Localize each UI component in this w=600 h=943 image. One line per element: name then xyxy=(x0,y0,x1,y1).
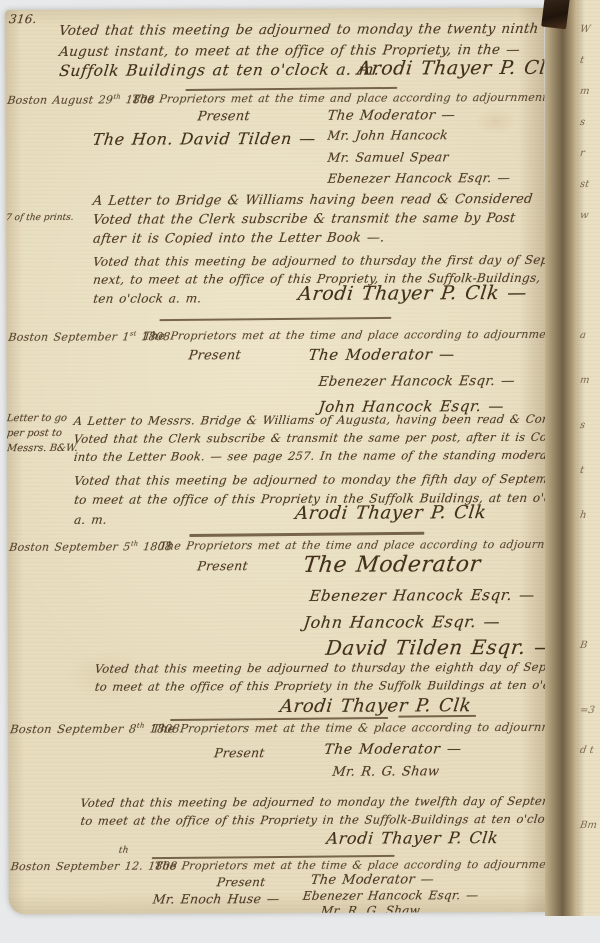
facing-page-fragment: W xyxy=(579,24,591,35)
separator-rule xyxy=(189,532,424,537)
facing-page-fragment: r xyxy=(579,148,585,159)
manuscript-line: Voted that this meeting be adjourned to … xyxy=(92,253,548,269)
clerk-signature: Arodi Thayer P. Clk xyxy=(279,695,473,717)
margin-note: 7 of the prints. xyxy=(5,213,74,223)
facing-page-fragment: s xyxy=(579,420,586,431)
facing-page-fragment: B xyxy=(579,640,588,651)
paper-stain xyxy=(475,108,515,134)
facing-page-fragment: m xyxy=(579,375,590,386)
present-label: Present xyxy=(197,558,249,573)
manuscript-line: Suffolk Buildings at ten o'clock a. m. xyxy=(58,61,381,80)
facing-page-edge: W t m s r st w a m s t h B =3 d t Bm xyxy=(577,0,600,916)
attendee-moderator: The Moderator — xyxy=(327,107,457,124)
manuscript-page: 316. Voted that this meeting be adjourne… xyxy=(5,8,548,914)
entry-opening: The Proprietors met at the time and plac… xyxy=(159,538,548,553)
attendee-moderator: The Moderator — xyxy=(310,872,435,888)
dateline-ordinal: th xyxy=(118,846,129,856)
present-label: Present xyxy=(188,348,242,363)
margin-note: per post to xyxy=(6,428,62,439)
attendee-name: Mr. R. G. Shaw xyxy=(331,764,440,779)
manuscript-line: to meet at the office of this Propriety … xyxy=(80,812,548,828)
manuscript-line: Voted that this meeting be adjourned to … xyxy=(73,472,548,488)
attendee-name: David Tilden Esqr. — xyxy=(324,635,548,660)
attendee-moderator: The Moderator — xyxy=(307,345,455,364)
scanned-manuscript-screenshot: { "document": { "page_number": "316.", "… xyxy=(0,0,600,943)
attendee-moderator: The Moderator xyxy=(302,552,482,578)
entry-dateline: Boston September 5th 1808 xyxy=(9,539,174,553)
manuscript-line: A Letter to Bridge & Williams having bee… xyxy=(92,192,533,209)
manuscript-line: Voted that this meeting be adjourned to … xyxy=(80,794,548,810)
entry-opening: The Proprietors met at the time and plac… xyxy=(143,328,548,343)
attendee-name: The Hon. David Tilden — xyxy=(91,129,317,149)
separator-rule xyxy=(159,317,391,321)
facing-page-fragment: t xyxy=(579,465,585,476)
attendee-name: Ebenezer Hancock Esqr. — xyxy=(302,888,479,903)
attendee-name: Mr. Enoch Huse — xyxy=(152,891,281,907)
manuscript-line: ten o'clock a. m. xyxy=(92,291,202,305)
clerk-signature: Arodi Thayer P. Clk — xyxy=(297,282,528,305)
present-label: Present xyxy=(213,745,265,760)
dateline-date: Boston August 29 xyxy=(7,93,114,106)
dateline-date: Boston September 1 xyxy=(8,330,131,344)
manuscript-line: after it is Copied into the Letter Book … xyxy=(92,231,385,247)
entry-dateline: Boston September 12. 1808 xyxy=(10,859,178,873)
clerk-signature: Arodi Thayer P. Clk xyxy=(326,828,500,848)
facing-page-fragment: a xyxy=(579,330,587,341)
facing-page-fragment: m xyxy=(579,86,590,97)
facing-page-fragment: d t xyxy=(579,745,594,756)
clerk-signature: Arodi Thayer P. Clk xyxy=(294,502,488,524)
facing-page-fragment: s xyxy=(579,117,586,128)
attendee-name: John Hancock Esqr. — xyxy=(303,612,502,632)
margin-note: Letter to go xyxy=(6,413,67,424)
manuscript-line: a. m. xyxy=(73,513,107,527)
entry-opening: The Proprietors met at the time and plac… xyxy=(132,91,548,106)
facing-page-fragment: st xyxy=(579,179,590,190)
attendee-name: Ebenezer Hancock Esqr. — xyxy=(309,586,536,605)
facing-page-fragment: w xyxy=(579,210,589,221)
attendee-name: Ebenezer Hancock Esqr. — xyxy=(318,373,516,390)
facing-page-fragment: =3 xyxy=(579,705,595,716)
entry-opening: The Proprietors met at the time & place … xyxy=(151,720,548,736)
facing-page-fragment: h xyxy=(579,510,587,521)
manuscript-line: Voted that the Clerk subscribe & transmi… xyxy=(73,430,548,446)
dateline-date: Boston September 8 xyxy=(9,722,137,737)
facing-page-fragment: t xyxy=(579,55,585,66)
manuscript-line: into the Letter Book. — see page 257. In… xyxy=(73,448,548,464)
binding-tab xyxy=(541,0,570,29)
attendee-name: Mr. R. G. Shaw xyxy=(320,903,421,914)
dateline-date: Boston September 5 xyxy=(9,540,132,554)
attendee-moderator: The Moderator — xyxy=(323,741,462,758)
clerk-signature: Arodi Thayer P. Clk xyxy=(356,57,548,80)
attendee-name: Ebenezer Hancock Esqr. — xyxy=(327,170,511,186)
separator-rule xyxy=(185,87,397,91)
manuscript-line: Voted that the Clerk subscribe & transmi… xyxy=(92,211,516,228)
manuscript-line: Voted that this meeting be adjourned to … xyxy=(94,659,548,675)
present-label: Present xyxy=(216,875,266,889)
manuscript-line: A Letter to Messrs. Bridge & Williams of… xyxy=(73,412,548,428)
separator-rule xyxy=(398,715,476,717)
manuscript-line: Voted that this meeting be adjourned to … xyxy=(58,21,548,39)
facing-page-fragment: Bm xyxy=(579,820,597,831)
page-number: 316. xyxy=(8,12,37,26)
margin-note: Messrs. B&W. xyxy=(6,443,78,454)
attendee-name: Mr. John Hancock xyxy=(327,127,449,143)
attendee-name: Mr. Samuel Spear xyxy=(327,149,450,165)
book-gutter-shadow xyxy=(545,0,577,916)
dateline-date: Boston September 12. xyxy=(10,860,144,874)
present-label: Present xyxy=(197,109,251,124)
entry-opening: The Proprietors met at the time & place … xyxy=(154,858,548,873)
manuscript-line: to meet at the office of this Propriety … xyxy=(94,678,548,694)
